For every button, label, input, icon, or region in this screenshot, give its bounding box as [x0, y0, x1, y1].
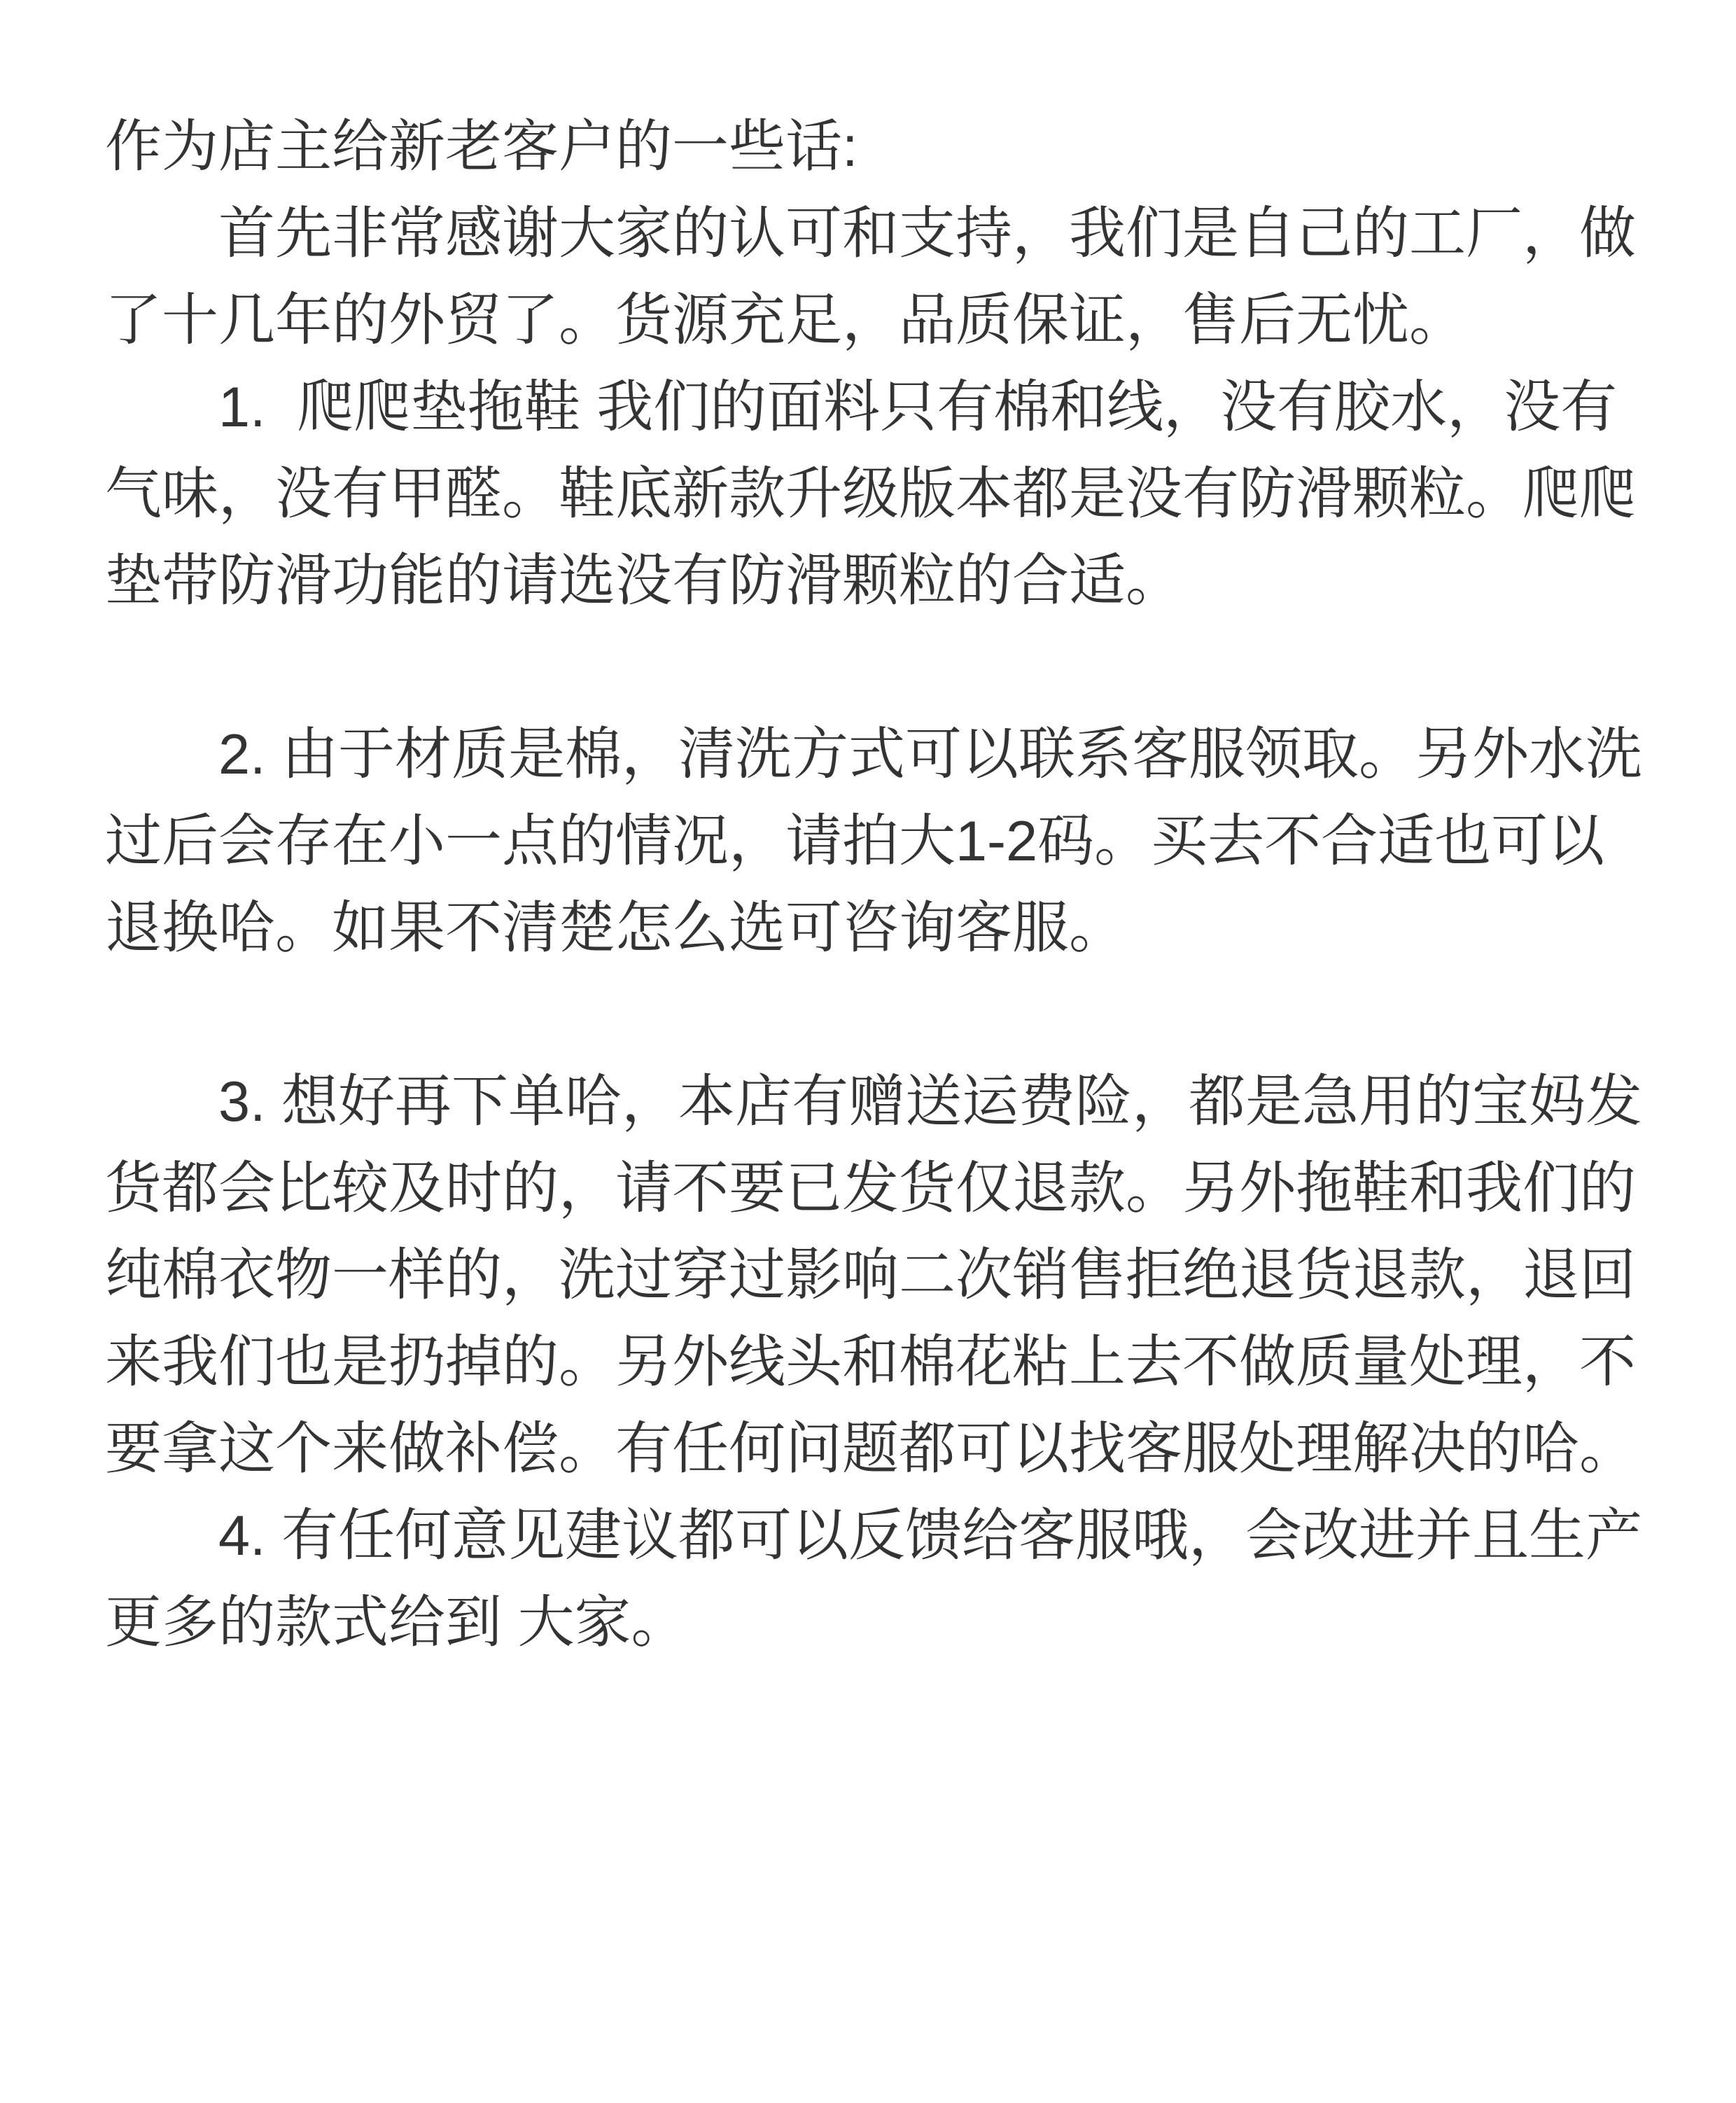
document-page: 作为店主给新老客户的一些话: 首先非常感谢大家的认可和支持，我们是自己的工厂，做…: [0, 0, 1736, 2103]
item-4-paragraph: 4. 有任何意见建议都可以反馈给客服哦，会改进并且生产更多的款式给到 大家。: [105, 1493, 1645, 1666]
intro-paragraph: 首先非常感谢大家的认可和支持，我们是自己的工厂，做了十几年的外贸了。货源充足，品…: [105, 190, 1645, 364]
item-3-paragraph: 3. 想好再下单哈，本店有赠送运费险，都是急用的宝妈发货都会比较及时的，请不要已…: [105, 1059, 1645, 1493]
item-1-paragraph: 1. 爬爬垫拖鞋 我们的面料只有棉和线，没有胶水，没有气味，没有甲醛。鞋底新款升…: [105, 364, 1645, 624]
page-title: 作为店主给新老客户的一些话:: [105, 104, 1645, 190]
item-2-paragraph: 2. 由于材质是棉，清洗方式可以联系客服领取。另外水洗过后会存在小一点的情况，请…: [105, 711, 1645, 972]
store-notice-text: 作为店主给新老客户的一些话: 首先非常感谢大家的认可和支持，我们是自己的工厂，做…: [0, 0, 1736, 1666]
